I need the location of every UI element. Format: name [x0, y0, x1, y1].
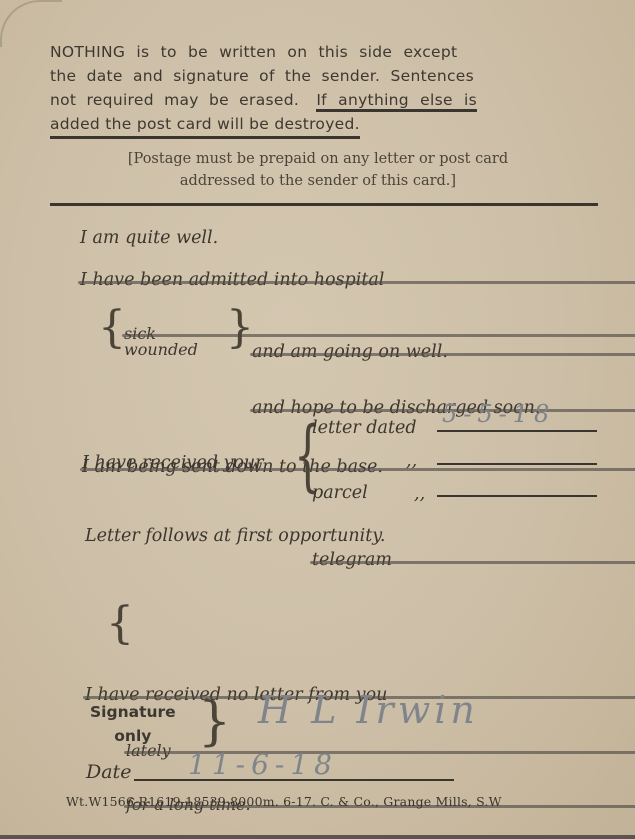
left-brace: { [98, 298, 126, 358]
postage-line-1: [Postage must be prepaid on any letter o… [38, 148, 598, 170]
statement-received-your: I have received your [82, 453, 264, 473]
option-letter-dated: letter dated [312, 418, 417, 438]
printer-imprint: Wt.W1566-R1619-18539 8000m. 6-17. C. & C… [66, 794, 502, 809]
field-service-post-card: NOTHING is to be written on this side ex… [0, 0, 635, 839]
statement-letter-follows: Letter follows at first opportunity. [85, 526, 385, 546]
handwritten-date: 11-6-18 [188, 748, 338, 781]
handwritten-letter-date: 5-5-18 [442, 400, 555, 428]
no-letter-brace: { [106, 594, 134, 654]
notice-line-1: NOTHING is to be written on this side ex… [50, 40, 596, 64]
notice-warning-underlined: If anything else is [316, 91, 477, 112]
postage-line-2: addressed to the sender of this card.] [38, 170, 598, 192]
statement-going-on-well: and am going on well. [252, 342, 635, 362]
postage-note: [Postage must be prepaid on any letter o… [38, 148, 598, 192]
option-sick: sick [124, 324, 635, 343]
divider-rule [50, 203, 598, 206]
option-parcel: parcel [312, 483, 368, 503]
notice-line-2: the date and signature of the sender. Se… [50, 64, 596, 88]
telegram-date-line [437, 463, 597, 465]
notice-line-4: added the post card will be destroyed. [50, 112, 360, 139]
option-telegram: telegram [312, 550, 635, 570]
notice-line-3: not required may be erased. If anything … [50, 88, 596, 112]
date-label: Date [86, 761, 131, 783]
signature-label: Signature only [90, 700, 176, 748]
notice-line-3a: not required may be erased. [50, 91, 299, 109]
option-wounded: wounded [124, 340, 198, 359]
statement-admitted-hospital: I have been admitted into hospital [80, 270, 635, 290]
right-brace: } [226, 298, 254, 358]
statement-quite-well: I am quite well. [80, 228, 218, 248]
card-bottom-edge [0, 835, 635, 839]
parcel-date-line [437, 495, 597, 497]
signature-brace: } [198, 690, 231, 754]
telegram-ditto: ,, [406, 451, 417, 471]
parcel-ditto: ,, [414, 484, 425, 504]
notice-block: NOTHING is to be written on this side ex… [50, 40, 596, 139]
handwritten-signature: H L Irwin [258, 688, 479, 732]
letter-date-line [437, 430, 597, 432]
